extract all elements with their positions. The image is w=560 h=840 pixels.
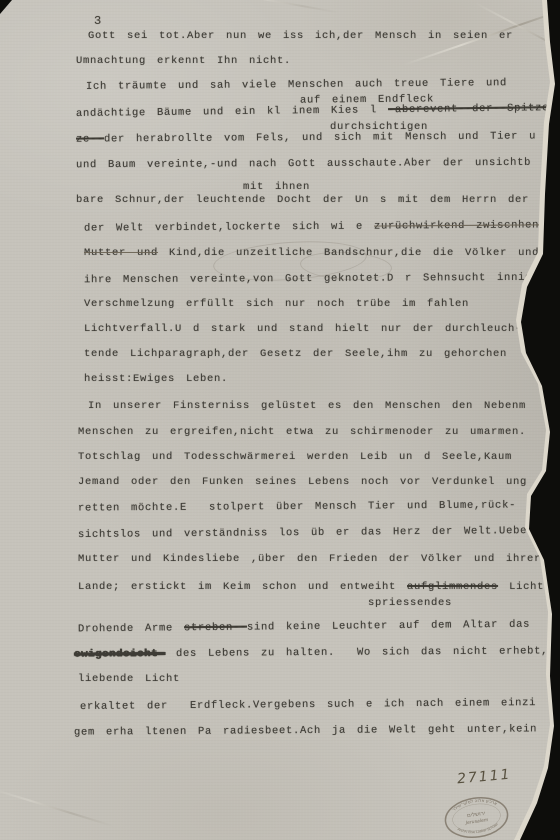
paper-crease <box>0 787 113 827</box>
scanned-typescript-page: 3 Gott sei tot.Aber nun we iss ich,der M… <box>0 0 560 840</box>
typescript-line: erkaltet der Erdfleck.Vergebens such e i… <box>80 697 536 714</box>
typescript-line: Jemand oder den Funken seines Lebens noc… <box>78 476 527 489</box>
text-segment: tende Lichparagraph,der Gesetz der Seele… <box>84 348 507 360</box>
text-segment: Drohende Arme <box>78 622 184 635</box>
typescript-line: ze--der herabrollte vom Fels, und sich m… <box>76 130 536 146</box>
photo-background-top-left-corner <box>0 0 12 14</box>
text-segment: spriessendes <box>368 597 452 609</box>
text-segment: Lichtverfall.U d stark und stand hielt n… <box>84 323 522 335</box>
text-segment: Licht <box>498 581 544 593</box>
typewriter-insertion-line: mit ihnen <box>243 181 310 194</box>
typescript-line: Lande; erstickt im Keim schon und entwei… <box>78 581 544 594</box>
typescript-line: bare Schnur,der leuchtende Docht der Un … <box>76 194 529 207</box>
text-segment: heisst:Ewiges Leben. <box>84 373 228 385</box>
text-segment: andächtige Bäume und ein kl inem Kies l <box>76 104 388 120</box>
text-segment: bare Schnur,der leuchtende Docht der Un … <box>76 194 529 206</box>
text-segment: In unserer Finsterniss gelüstet es den M… <box>88 400 526 412</box>
typescript-line: Ich träumte und sah viele Menschen auch … <box>86 77 507 94</box>
text-segment: mit ihnen <box>243 181 310 193</box>
text-segment: des Lebens zu halten. Wo sich das nicht … <box>165 645 548 660</box>
text-segment: Umnachtung erkennt Ihn nicht. <box>76 55 291 67</box>
text-segment: gem erha ltenen Pa radiesbeet.Ach ja die… <box>74 723 537 738</box>
typescript-line: Gott sei tot.Aber nun we iss ich,der Men… <box>88 30 513 43</box>
typescript-line: heisst:Ewiges Leben. <box>84 373 228 386</box>
typescript-line: ewigendeicht- des Lebens zu halten. Wo s… <box>74 645 548 661</box>
text-segment: ihre Menschen vereinte,von Gott geknotet… <box>84 272 539 286</box>
text-segment: Mutter und Kindesliebe ,über den Frieden… <box>78 553 541 565</box>
text-segment: liebende Licht <box>78 673 180 685</box>
typescript-line: Drohende Arme streben--sind keine Leucht… <box>78 619 530 637</box>
typescript-line: tende Lichparagraph,der Gesetz der Seele… <box>84 348 507 361</box>
handwritten-archive-number: 27111 <box>456 767 512 788</box>
text-segment: und Baum vereinte,-und nach Gott ausscha… <box>76 157 531 171</box>
text-segment: erkaltet der Erdfleck.Vergebens such e i… <box>80 697 536 713</box>
text-segment: Verschmelzung erfüllt sich nur noch trüb… <box>84 298 469 310</box>
typescript-line: liebende Licht <box>78 673 180 686</box>
typescript-line: Mutter und Kindesliebe ,über den Frieden… <box>78 553 541 566</box>
typescript-line: retten möchte.E stolpert über Mensch Tie… <box>78 499 516 515</box>
text-segment: Kind,die unzeitliche Bandschnur,die die … <box>158 247 539 259</box>
text-segment: Gott sei tot.Aber nun we iss ich,der Men… <box>88 30 513 42</box>
text-segment: der Welt verbindet,lockerte sich wi e <box>84 221 374 235</box>
struck-text-segment: -aberevent--der--Spitze-- <box>388 102 560 116</box>
struck-text-segment: Mutter und <box>84 247 158 259</box>
typewriter-insertion-line: spriessendes <box>368 597 452 610</box>
text-segment: sichtslos und verständniss los üb er das… <box>78 525 534 541</box>
photo-background-right-edge <box>0 0 560 840</box>
text-segment: der herabrollte vom Fels, und sich mit M… <box>104 130 536 145</box>
typescript-line: der Welt verbindet,lockerte sich wi e zu… <box>84 219 539 235</box>
text-segment: Lande; erstickt im Keim schon und entwei… <box>78 581 407 593</box>
typescript-line: Lichtverfall.U d stark und stand hielt n… <box>84 323 522 336</box>
struck-text-segment: aufglimmendes <box>407 581 498 593</box>
archive-stamp: ארכיון אלזה לסקר־שילר Archiv Else Lasker… <box>440 792 512 840</box>
typescript-line: andächtige Bäume und ein kl inem Kies l … <box>76 102 560 121</box>
page-number: 3 <box>94 14 101 28</box>
text-segment: retten möchte.E stolpert über Mensch Tie… <box>78 499 516 514</box>
typescript-line: und Baum vereinte,-und nach Gott ausscha… <box>76 157 531 172</box>
struck-text-segment: ze-- <box>76 133 104 145</box>
typescript-line: In unserer Finsterniss gelüstet es den M… <box>88 400 526 413</box>
typescript-line: Totschlag und Todesschwärmerei werden Le… <box>78 451 512 464</box>
struck-text-segment: ewigendeicht- <box>74 648 165 661</box>
typescript-line: sichtslos und verständniss los üb er das… <box>78 525 534 542</box>
typescript-line: Mutter und Kind,die unzeitliche Bandschn… <box>84 247 539 260</box>
struck-text-segment: streben-- <box>184 622 247 635</box>
torn-paper-edge-highlight <box>0 0 560 840</box>
typescript-line: Verschmelzung erfüllt sich nur noch trüb… <box>84 298 469 311</box>
typescript-line: Umnachtung erkennt Ihn nicht. <box>76 55 291 68</box>
text-segment: Jemand oder den Funken seines Lebens noc… <box>78 476 527 488</box>
typescript-line: gem erha ltenen Pa radiesbeet.Ach ja die… <box>74 723 537 739</box>
text-segment: Ich träumte und sah viele Menschen auch … <box>86 77 507 93</box>
text-segment: sind keine Leuchter auf dem Altar das <box>247 619 530 634</box>
typescript-line: ihre Menschen vereinte,von Gott geknotet… <box>84 272 539 287</box>
stamp-center-hebrew: ירושלים <box>467 810 486 819</box>
text-segment: Menschen zu ergreifen,nicht etwa zu schi… <box>78 426 526 438</box>
typescript-line: Menschen zu ergreifen,nicht etwa zu schi… <box>78 426 526 439</box>
text-segment: Totschlag und Todesschwärmerei werden Le… <box>78 451 512 463</box>
struck-text-segment: zurüchwirkend zwiscnhen <box>374 219 539 232</box>
paper-crease <box>231 0 340 14</box>
